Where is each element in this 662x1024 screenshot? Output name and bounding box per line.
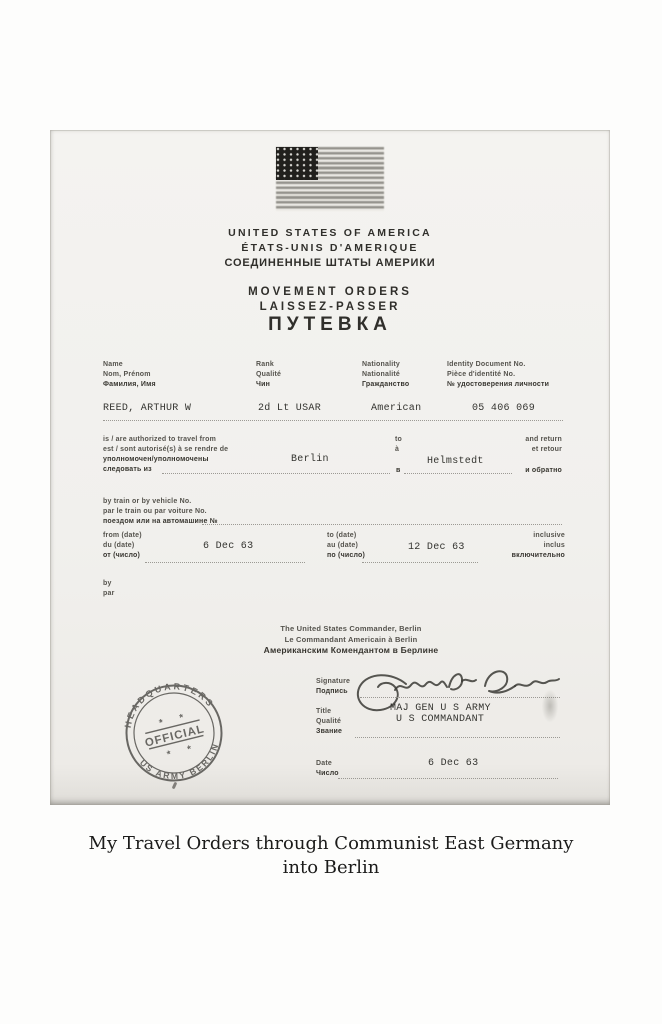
label-signature-ru: Подпись <box>316 687 350 697</box>
field-label-by: by par <box>103 579 115 599</box>
label-return-ru: и обратно <box>525 466 562 476</box>
label-travel-en: is / are authorized to travel from <box>103 435 228 445</box>
field-label-and-return-ru: и обратно <box>525 466 562 476</box>
label-fromdate-ru: от (число) <box>103 551 142 561</box>
field-label-rank: Rank Qualité Чин <box>256 360 281 390</box>
label-to-fr: à <box>395 445 402 455</box>
label-travel-ru1: уполномочен/уполномочены <box>103 455 228 465</box>
field-label-travel-from: is / are authorized to travel from est /… <box>103 435 228 475</box>
label-date-en: Date <box>316 759 339 769</box>
label-title-fr: Qualité <box>316 717 342 727</box>
label-travel-fr: est / sont autorisé(s) à se rendre de <box>103 445 228 455</box>
signer-title-line2: U S COMMANDANT <box>396 714 484 725</box>
value-identity-no: 05 406 069 <box>472 403 535 414</box>
rule-from-date <box>145 561 305 563</box>
field-label-nationality: Nationality Nationalité Гражданство <box>362 360 409 390</box>
label-by-en: by <box>103 579 115 589</box>
label-nationality-en: Nationality <box>362 360 409 370</box>
label-fromdate-fr: du (date) <box>103 541 142 551</box>
field-label-and-return: and return et retour <box>525 435 562 455</box>
value-to-date: 12 Dec 63 <box>408 542 465 553</box>
label-name-ru: Фамилия, Имя <box>103 380 156 390</box>
label-inclusive-fr: inclus <box>512 541 565 551</box>
label-identity-fr: Pièce d'identité No. <box>447 370 549 380</box>
label-identity-ru: № удостоверения личности <box>447 380 549 390</box>
stamp-arc-top-text: HEADQUARTERS <box>124 683 217 731</box>
book-photo-page: UNITED STATES OF AMERICA ÉTATS-UNIS D'AM… <box>0 0 662 1024</box>
rule-signature <box>360 696 560 698</box>
issuer-block: The United States Commander, Berlin Le C… <box>201 623 501 657</box>
field-label-to-date: to (date) au (date) по (число) <box>327 531 365 561</box>
value-nationality: American <box>371 403 421 414</box>
photo-caption: My Travel Orders through Communist East … <box>0 832 662 880</box>
caption-line-1: My Travel Orders through Communist East … <box>0 832 662 856</box>
issuer-en: The United States Commander, Berlin <box>201 623 501 634</box>
label-date-ru: Число <box>316 769 339 779</box>
doc-title-russian: ПУТЕВКА <box>50 314 610 336</box>
country-name-english: UNITED STATES OF AMERICA <box>50 227 610 239</box>
field-label-date: Date Число <box>316 759 339 779</box>
issuer-ru: Американским Комендантом в Берлине <box>201 645 501 657</box>
label-return-en: and return <box>525 435 562 445</box>
value-travel-from: Berlin <box>291 454 329 465</box>
label-name-en: Name <box>103 360 156 370</box>
label-rank-en: Rank <box>256 360 281 370</box>
stamp-star: * <box>166 749 173 761</box>
field-label-signature: Signature Подпись <box>316 677 350 697</box>
label-to-en: to <box>395 435 402 445</box>
headquarters-official-stamp: HEADQUARTERS US ARMY BERLIN OFFICIAL * *… <box>124 683 224 783</box>
label-by-fr: par <box>103 589 115 599</box>
label-to-ru: в <box>396 466 401 476</box>
label-title-en: Title <box>316 707 342 717</box>
flag-stars-canton <box>276 147 318 180</box>
stamp-star: * <box>186 744 193 756</box>
label-vehicle-ru: поездом или на автомашине № <box>103 517 218 527</box>
label-nationality-ru: Гражданство <box>362 380 409 390</box>
label-vehicle-fr: par le train ou par voiture No. <box>103 507 218 517</box>
label-inclusive-ru: включительно <box>512 551 565 561</box>
rule-title <box>355 736 560 738</box>
label-inclusive-en: inclusive <box>512 531 565 541</box>
rule-under-row1 <box>103 419 563 421</box>
value-signature-date: 6 Dec 63 <box>428 758 478 769</box>
field-label-name: Name Nom, Prénom Фамилия, Имя <box>103 360 156 390</box>
stamp-official-text: OFFICIAL <box>144 723 206 749</box>
label-vehicle-en: by train or by vehicle No. <box>103 497 218 507</box>
label-todate-ru: по (число) <box>327 551 365 561</box>
label-nationality-fr: Nationalité <box>362 370 409 380</box>
label-fromdate-en: from (date) <box>103 531 142 541</box>
doc-title-english: MOVEMENT ORDERS <box>50 286 610 298</box>
rule-to-date <box>362 561 478 563</box>
rule-travel-from <box>162 472 390 474</box>
us-flag-image <box>276 147 384 211</box>
value-name: REED, ARTHUR W <box>103 403 191 414</box>
field-label-inclusive: inclusive inclus включительно <box>512 531 565 561</box>
field-label-identity-no: Identity Document No. Pièce d'identité N… <box>447 360 549 390</box>
issuer-fr: Le Commandant Americain à Berlin <box>201 634 501 645</box>
label-todate-fr: au (date) <box>327 541 365 551</box>
country-name-french: ÉTATS-UNIS D'AMERIQUE <box>50 242 610 254</box>
movement-orders-document: UNITED STATES OF AMERICA ÉTATS-UNIS D'AM… <box>50 130 610 805</box>
label-rank-ru: Чин <box>256 380 281 390</box>
field-label-travel-to-ru: в <box>396 466 401 476</box>
doc-title-french: LAISSEZ-PASSER <box>50 301 610 313</box>
field-label-vehicle: by train or by vehicle No. par le train … <box>103 497 218 527</box>
value-rank: 2d Lt USAR <box>258 403 321 414</box>
caption-line-2: into Berlin <box>0 856 662 880</box>
value-from-date: 6 Dec 63 <box>203 541 253 552</box>
label-rank-fr: Qualité <box>256 370 281 380</box>
rule-date <box>338 777 558 779</box>
country-name-russian: СОЕДИНЕННЫЕ ШТАТЫ АМЕРИКИ <box>50 257 610 269</box>
stamp-star: * <box>158 717 165 729</box>
label-todate-en: to (date) <box>327 531 365 541</box>
label-signature-en: Signature <box>316 677 350 687</box>
field-label-from-date: from (date) du (date) от (число) <box>103 531 142 561</box>
label-return-fr: et retour <box>525 445 562 455</box>
svg-text:HEADQUARTERS: HEADQUARTERS <box>124 683 217 731</box>
stamp-star: * <box>178 712 185 724</box>
rule-vehicle <box>202 523 562 525</box>
rule-travel-to <box>404 472 512 474</box>
value-travel-to: Helmstedt <box>427 456 484 467</box>
label-name-fr: Nom, Prénom <box>103 370 156 380</box>
label-title-ru: Звание <box>316 727 342 737</box>
field-label-travel-to: to à <box>395 435 402 455</box>
signer-title-line1: MAJ GEN U S ARMY <box>390 703 491 714</box>
faint-ink-smudge <box>542 690 558 722</box>
field-label-title: Title Qualité Звание <box>316 707 342 737</box>
label-identity-en: Identity Document No. <box>447 360 549 370</box>
